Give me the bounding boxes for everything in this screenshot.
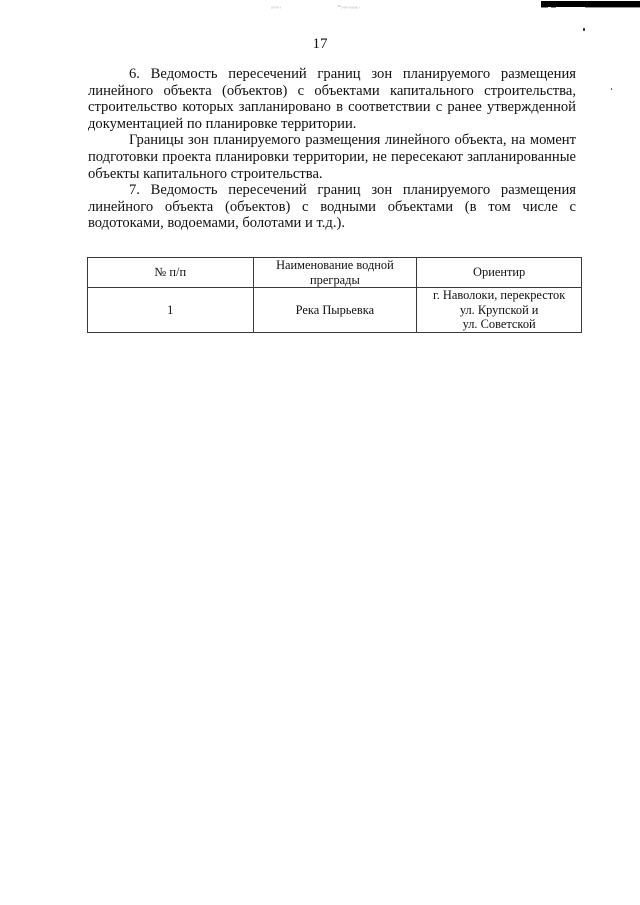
landmark-line: ул. Советской (419, 317, 579, 332)
landmark-line: г. Наволоки, перекресток (419, 288, 579, 303)
table-row: 1 Река Пырьевка г. Наволоки, перекресток… (88, 288, 582, 333)
section-7-heading-paragraph: 7. Ведомость пересечений границ зон план… (88, 182, 576, 232)
scan-artifact-mark: ᵤₒₗᵢᵢᵢₛ (271, 4, 282, 9)
section-6-heading-paragraph: 6. Ведомость пересечений границ зон план… (88, 66, 576, 132)
cell-landmark: г. Наволоки, перекресток ул. Крупской и … (417, 288, 582, 333)
table-header-row: № п/п Наименование водной преграды Ориен… (88, 258, 582, 288)
column-header-landmark: Ориентир (417, 258, 582, 288)
cell-number: 1 (88, 288, 254, 333)
scan-artifact-mark: ᵂₒₗᵢₑᵣᵢᵤᵤₒₐ ₜ (338, 4, 361, 9)
page-number: 17 (0, 36, 640, 53)
cell-water-barrier-name: Река Пырьевка (253, 288, 417, 333)
scan-artifact-line (541, 7, 640, 8)
landmark-line: ул. Крупской и (419, 303, 579, 318)
scan-artifact-dot (583, 28, 585, 31)
water-crossings-table: № п/п Наименование водной преграды Ориен… (87, 257, 582, 333)
section-6-body-paragraph: Границы зон планируемого размещения лине… (88, 132, 576, 182)
document-body: 6. Ведомость пересечений границ зон план… (88, 66, 576, 232)
scan-artifact-dot (611, 88, 612, 90)
column-header-number: № п/п (88, 258, 254, 288)
column-header-water-barrier-name: Наименование водной преграды (253, 258, 417, 288)
